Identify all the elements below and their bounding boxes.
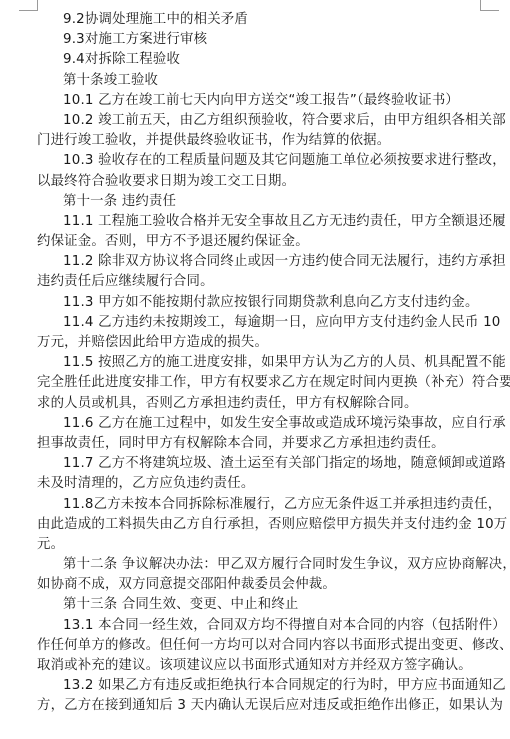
clause-11-8-cont-2: 元。 (37, 535, 480, 555)
clause-11-1-cont: 约保证金。否则，甲方不予退还履约保证金。 (37, 232, 480, 252)
clause-11-7-cont: 未及时清理的，乙方应负违约责任。 (37, 474, 480, 494)
clause-10-3-cont: 以最终符合验收要求日期为竣工交工日期。 (37, 172, 480, 192)
clause-11-6-cont: 担事故责任，同时甲方有权解除本合同，并要求乙方承担违约责任。 (37, 434, 480, 454)
article-12-cont: 如协商不成，双方同意提交邵阳仲裁委员会仲裁。 (37, 575, 480, 595)
clause-10-3: 10.3 验收存在的工程质量问题及其它问题施工单位必须按要求进行整改， (37, 151, 480, 171)
clause-11-5-cont-2: 求的人员或机具，否则乙方承担违约责任，甲方有权解除合同。 (37, 394, 480, 414)
clause-11-5: 11.5 按照乙方的施工进度安排，如果甲方认为乙方的人员、机具配置不能 (37, 353, 480, 373)
clause-9-2: 9.2协调处理施工中的相关矛盾 (37, 10, 480, 30)
clause-11-3: 11.3 甲方如不能按期付款应按银行同期贷款利息向乙方支付违约金。 (37, 293, 480, 313)
clause-13-2: 13.2 如果乙方有违反或拒绝执行本合同规定的行为时，甲方应书面通知乙 (37, 676, 480, 696)
clause-13-1: 13.1 本合同一经生效，合同双方均不得擅自对本合同的内容（包括附件） (37, 616, 480, 636)
clause-10-2-cont: 门进行竣工验收，并提供最终验收证书，作为结算的依据。 (37, 131, 480, 151)
clause-10-1: 10.1 乙方在竣工前七天内向甲方送交“竣工报告”（最终验收证书） (37, 91, 480, 111)
clause-13-1-cont-1: 作任何单方的修改。但任何一方均可以对合同内容以书面形式提出变更、修改、 (37, 636, 480, 656)
clause-11-2: 11.2 除非双方协议将合同终止或因一方违约使合同无法履行，违约方承担 (37, 252, 480, 272)
clause-9-3: 9.3对施工方案进行审核 (37, 30, 480, 50)
clause-11-8-cont-1: 由此造成的工料损失由乙方自行承担，否则应赔偿甲方损失并支付违约金 10万 (37, 515, 480, 535)
article-13-heading: 第十三条 合同生效、变更、中止和终止 (37, 595, 480, 615)
article-11-heading: 第十一条 违约责任 (37, 192, 480, 212)
document-page-body[interactable]: 9.2协调处理施工中的相关矛盾 9.3对施工方案进行审核 9.4对拆除工程验收 … (37, 10, 480, 717)
clause-11-8: 11.8乙方未按本合同拆除标准履行，乙方应无条件返工并承担违约责任， (37, 495, 480, 515)
clause-13-1-cont-2: 取消或补充的建议。该项建议应以书面形式通知对方并经双方签字确认。 (37, 656, 480, 676)
clause-11-4: 11.4 乙方违约未按期竣工，每逾期一日，应向甲方支付违约金人民币 10 (37, 313, 480, 333)
clause-11-6: 11.6 乙方在施工过程中，如发生安全事故或造成环境污染事故，应自行承 (37, 414, 480, 434)
page-margin-corner-mark-top-left (19, 0, 38, 11)
article-10-heading: 第十条竣工验收 (37, 71, 480, 91)
clause-11-7: 11.7 乙方不将建筑垃圾、渣土运至有关部门指定的场地，随意倾卸或道路 (37, 454, 480, 474)
clause-11-1: 11.1 工程施工验收合格并无安全事故且乙方无违约责任，甲方全额退还履 (37, 212, 480, 232)
clause-11-4-cont: 万元，并赔偿因此给甲方造成的损失。 (37, 333, 480, 353)
clause-9-4: 9.4对拆除工程验收 (37, 50, 480, 70)
clause-11-5-cont-1: 完全胜任此进度安排工作，甲方有权要求乙方在规定时间内更换（补充）符合要 (37, 373, 480, 393)
article-12-dispute-resolution: 第十二条 争议解决办法：甲乙双方履行合同时发生争议，双方应协商解决， (37, 555, 480, 575)
clause-10-2: 10.2 竣工前五天，由乙方组织预验收，符合要求后，由甲方组织各相关部 (37, 111, 480, 131)
clause-13-2-cont: 方，乙方在接到通知后 3 天内确认无误后应对违反或拒绝作出修正，如果认为 (37, 696, 480, 716)
page-margin-corner-mark-top-right (480, 0, 499, 11)
clause-11-2-cont: 违约责任后应继续履行合同。 (37, 272, 480, 292)
